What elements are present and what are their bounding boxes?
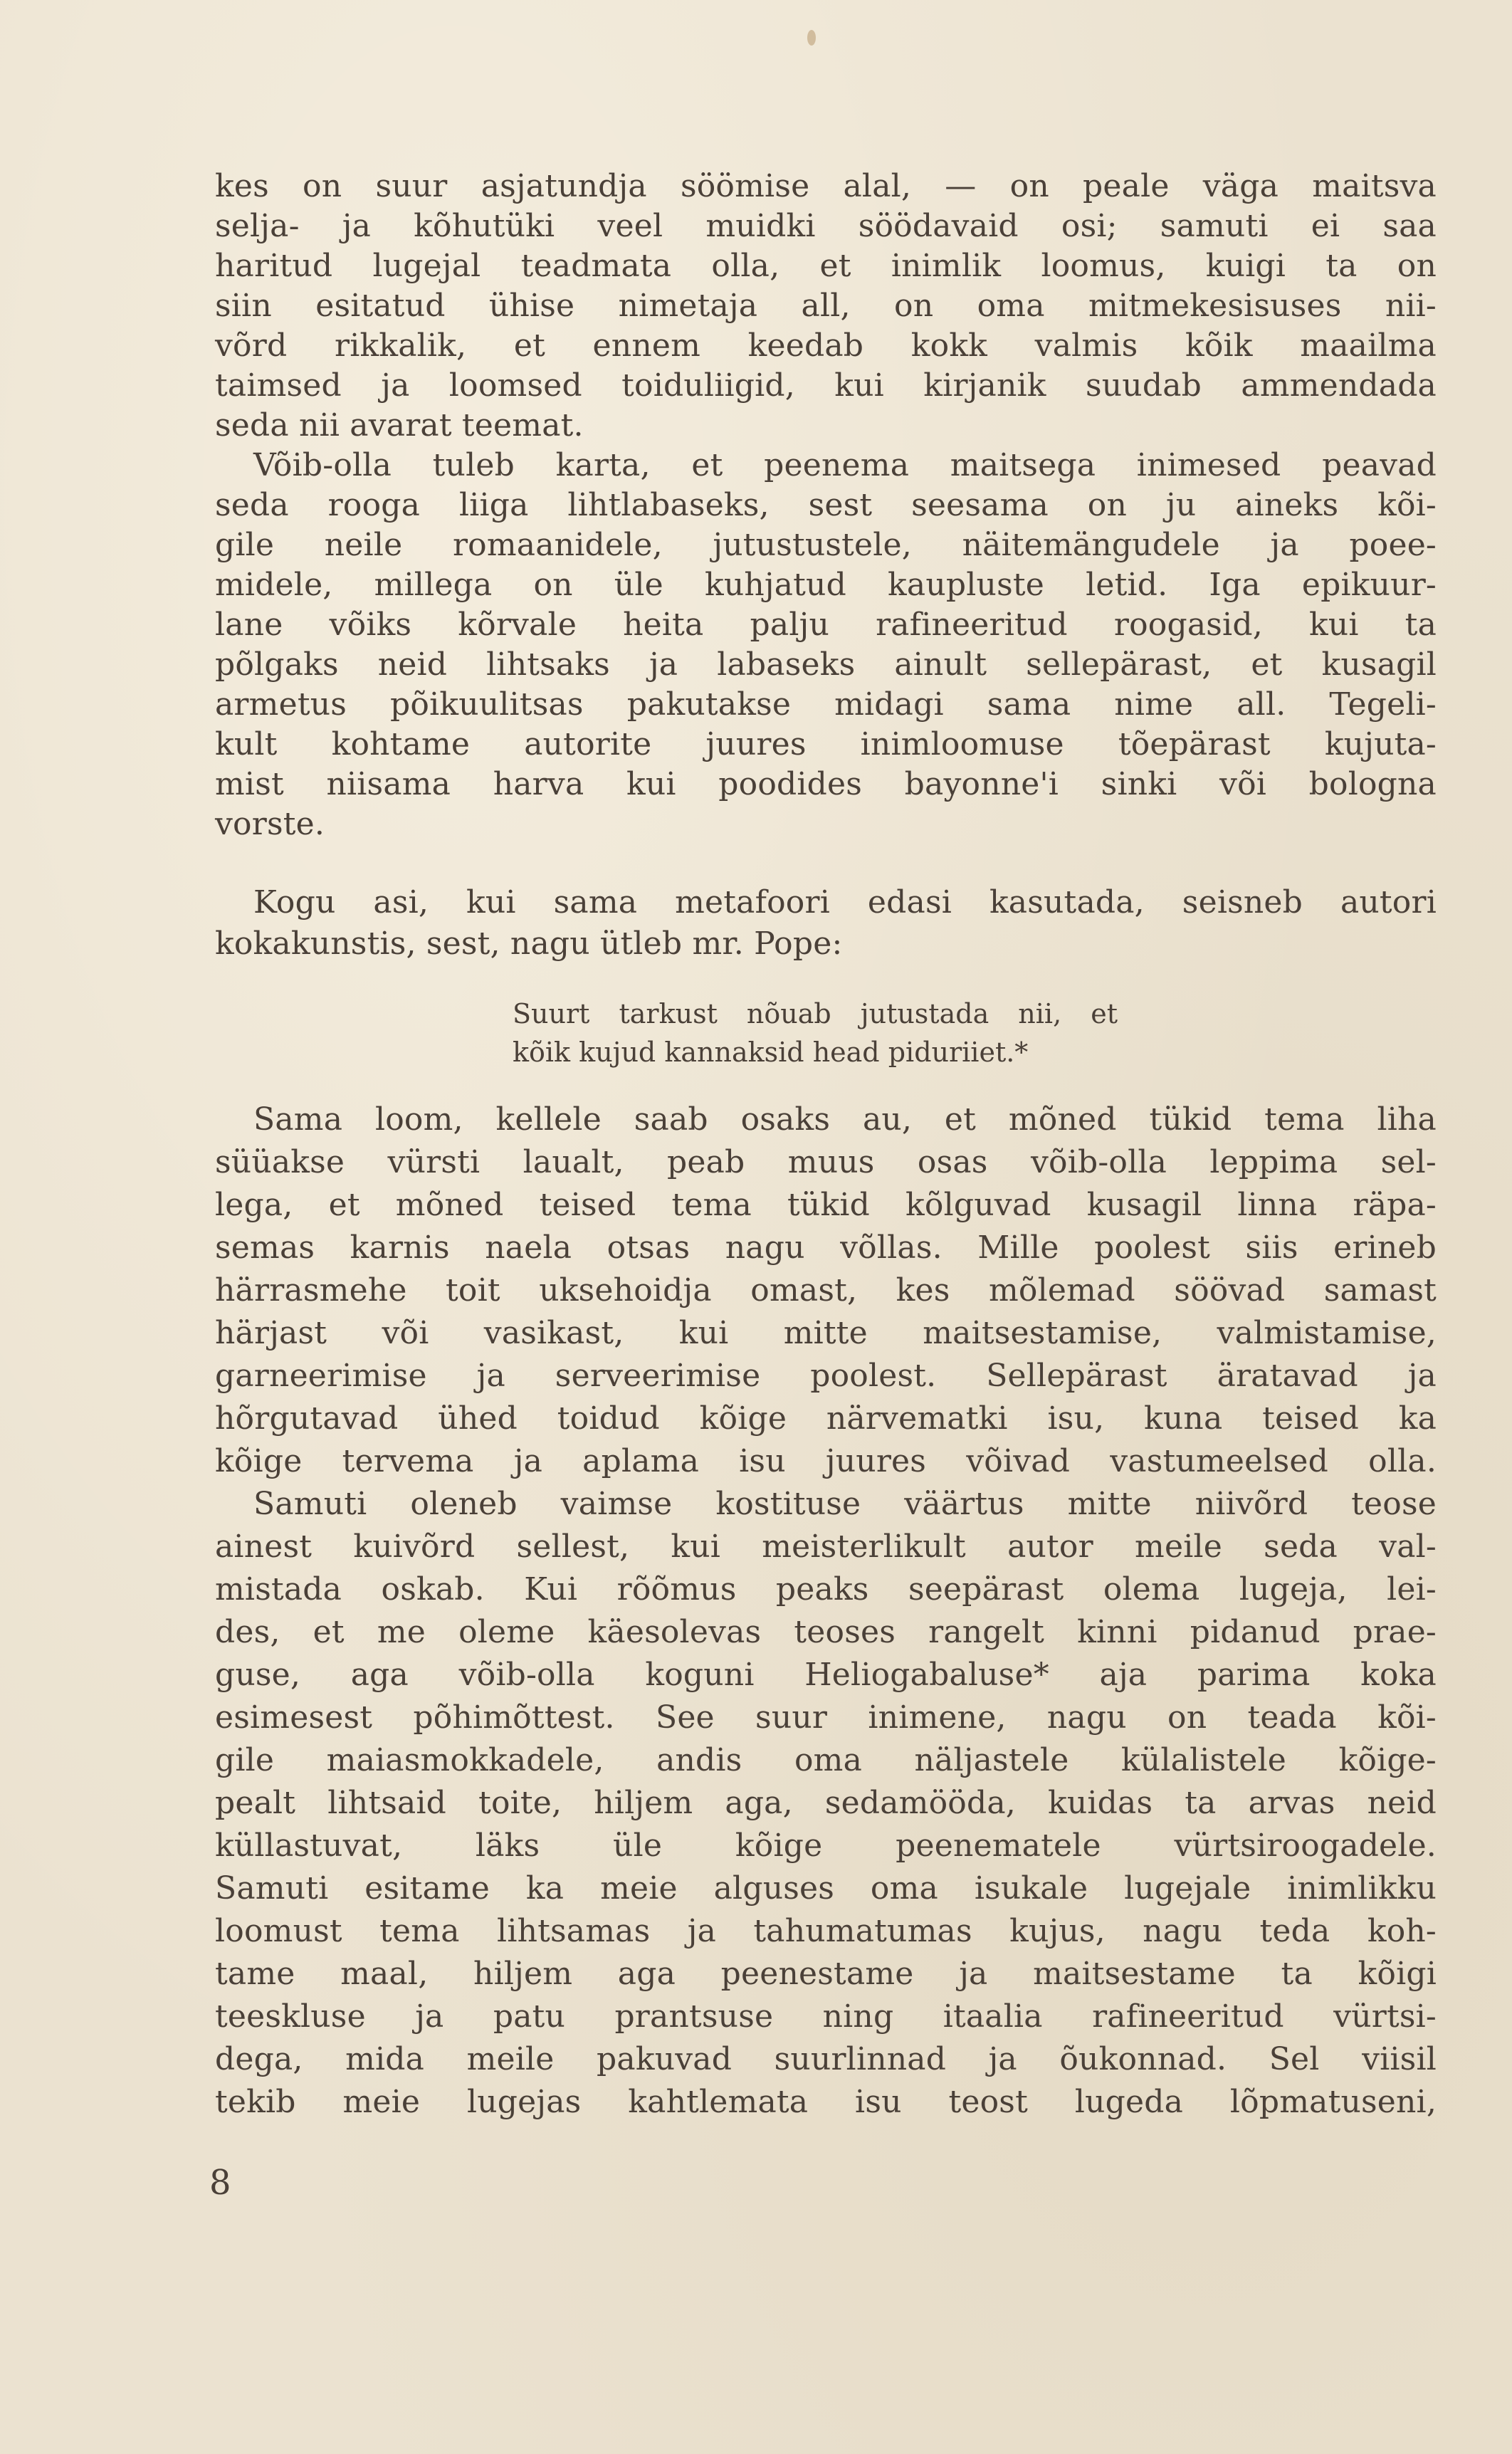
text-line: teeskluse ja patu prantsuse ning itaalia… (215, 1997, 1437, 2037)
quote-line: Suurt tarkust nõuab jutustada nii, et (513, 995, 1118, 1032)
text-line: dega, mida meile pakuvad suurlinnad ja õ… (215, 2040, 1437, 2080)
text-line: Samuti oleneb vaimse kostituse väärtus m… (253, 1484, 1437, 1524)
text-line: lane võiks kõrvale heita palju rafineeri… (215, 605, 1437, 645)
text-line: küllastuvat, läks üle kõige peenematele … (215, 1826, 1437, 1866)
text-line: guse, aga võib-olla koguni Heliogabaluse… (215, 1655, 1437, 1695)
text-line: härjast või vasikast, kui mitte maitsest… (215, 1313, 1437, 1353)
text-line: siin esitatud ühise nimetaja all, on oma… (215, 286, 1437, 326)
text-line: midele, millega on üle kuhjatud kauplust… (215, 565, 1437, 605)
text-line: selja- ja kõhutüki veel muidki söödavaid… (215, 206, 1437, 246)
text-line: esimesest põhimõttest. See suur inimene,… (215, 1698, 1437, 1738)
text-line: pealt lihtsaid toite, hiljem aga, sedamö… (215, 1783, 1437, 1823)
text-line: semas karnis naela otsas nagu võllas. Mi… (215, 1228, 1437, 1268)
text-line: mist niisama harva kui poodides bayonne'… (215, 765, 1437, 804)
page-number: 8 (209, 2161, 231, 2204)
text-line: taimsed ja loomsed toiduliigid, kui kirj… (215, 366, 1437, 406)
text-line: Sama loom, kellele saab osaks au, et mõn… (253, 1100, 1437, 1140)
text-line: kokakunstis, sest, nagu ütleb mr. Pope: (215, 924, 1437, 964)
text-line: seda rooga liiga lihtlabaseks, sest sees… (215, 486, 1437, 525)
text-line: süüakse vürsti laualt, peab muus osas võ… (215, 1143, 1437, 1183)
text-line: kõige tervema ja aplama isu juures võiva… (215, 1442, 1437, 1482)
text-line: Võib-olla tuleb karta, et peenema maitse… (253, 446, 1437, 486)
text-line: Samuti esitame ka meie alguses oma isuka… (215, 1869, 1437, 1909)
text-line: tame maal, hiljem aga peenestame ja mait… (215, 1954, 1437, 1994)
text-line: kes on suur asjatundja söömise alal, — o… (215, 167, 1437, 206)
text-line: Kogu asi, kui sama metafoori edasi kasut… (253, 883, 1437, 923)
paper-stain (807, 30, 816, 46)
quote-line: kõik kujud kannaksid head piduriiet.* (513, 1034, 1118, 1071)
text-line: mistada oskab. Kui rõõmus peaks seepäras… (215, 1570, 1437, 1610)
text-line: tekib meie lugejas kahtlemata isu teost … (215, 2082, 1437, 2122)
text-line: lega, et mõned teised tema tükid kõlguva… (215, 1185, 1437, 1225)
text-line: gile maiasmokkadele, andis oma näljastel… (215, 1741, 1437, 1781)
text-line: hõrgutavad ühed toidud kõige närvematki … (215, 1399, 1437, 1439)
text-line: des, et me oleme käesolevas teoses range… (215, 1613, 1437, 1652)
text-line: haritud lugejal teadmata olla, et inimli… (215, 246, 1437, 286)
text-line: armetus põikuulitsas pakutakse midagi sa… (215, 685, 1437, 725)
text-line: ainest kuivõrd sellest, kui meisterlikul… (215, 1527, 1437, 1567)
text-line: garneerimise ja serveerimise poolest. Se… (215, 1356, 1437, 1396)
text-line: võrd rikkalik, et ennem keedab kokk valm… (215, 326, 1437, 366)
text-line: härrasmehe toit uksehoidja omast, kes mõ… (215, 1271, 1437, 1311)
text-line: loomust tema lihtsamas ja tahumatumas ku… (215, 1912, 1437, 1951)
text-line: kult kohtame autorite juures inimloomuse… (215, 725, 1437, 765)
text-line: vorste. (215, 804, 1437, 844)
text-line: gile neile romaanidele, jutustustele, nä… (215, 525, 1437, 565)
text-line: põlgaks neid lihtsaks ja labaseks ainult… (215, 645, 1437, 685)
text-line: seda nii avarat teemat. (215, 406, 1437, 446)
